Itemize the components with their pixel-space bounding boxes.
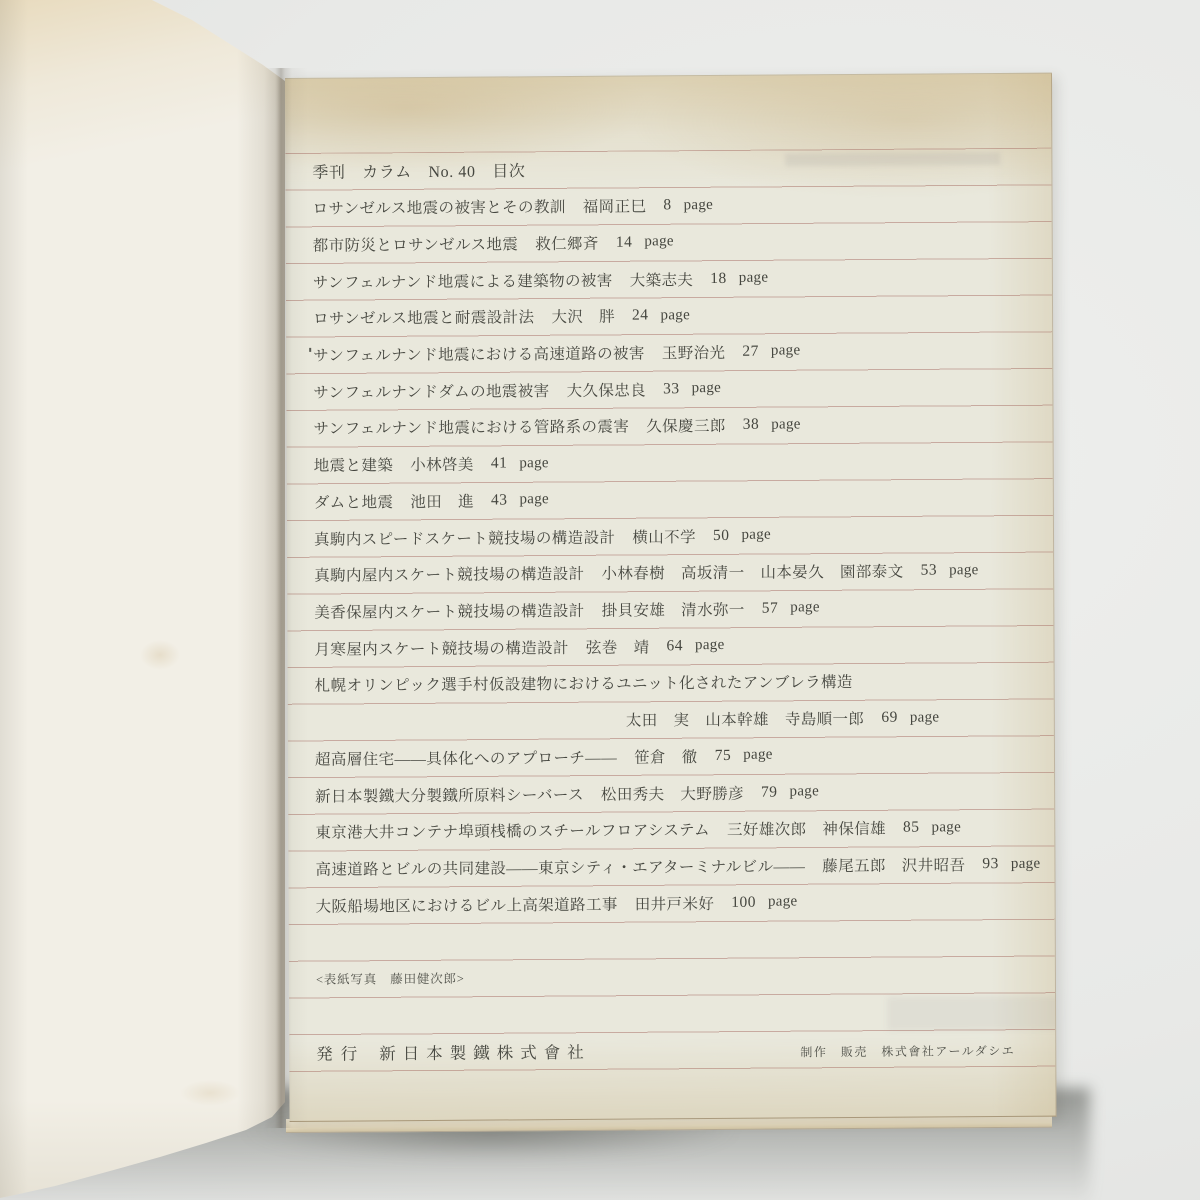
toc-title: 季刊 カラム No. 40 目次 xyxy=(312,158,525,182)
toc-row: 東京港大井コンテナ埠頭桟橋のスチールフロアシステム 三好雄次郎 神保信雄 85 … xyxy=(288,809,1048,851)
toc-entry-authors: 大久保忠良 xyxy=(567,378,647,401)
toc-entry-page-number: 53 xyxy=(921,562,938,580)
toc-entry-page-label: page xyxy=(790,600,820,617)
toc-entry-page-label: page xyxy=(789,783,819,800)
toc-entry-page-label: page xyxy=(931,819,961,836)
toc-entry-page-label: page xyxy=(741,527,771,544)
cover-photo-credit: <表紙写真 藤田健次郎> xyxy=(289,955,1049,997)
toc-row: ロサンゼルス地震と耐震設計法 大沢 胖 24 page xyxy=(286,295,1046,337)
toc-entry-page-number: 93 xyxy=(982,855,999,873)
toc-row: 高速道路とビルの共同建設——東京シティ・エアターミナルビル—— 藤尾五郎 沢井昭… xyxy=(288,845,1048,887)
toc-row: 真駒内スピードスケート競技場の構造設計 横山不学 50 page xyxy=(287,515,1047,557)
toc-entry-title: ロサンゼルス地震の被害とその教訓 xyxy=(313,195,566,219)
toc-entry-page-label: page xyxy=(771,343,801,360)
toc-entry-page-number: 75 xyxy=(715,747,732,765)
toc-entry-authors: 玉野治光 xyxy=(662,341,726,363)
toc-entry-page-label: page xyxy=(695,637,725,654)
toc-entry-authors: 笹倉 徹 xyxy=(634,745,698,767)
toc-entry-page-label: page xyxy=(739,270,769,287)
toc-entry-title: 月寒屋内スケート競技場の構造設計 xyxy=(314,636,569,660)
publisher-label: 発行 xyxy=(316,1040,365,1064)
toc-entry-title: 大阪船場地区におけるビル上高架道路工事 xyxy=(316,892,618,916)
toc-entry-title: ダムと地震 xyxy=(314,490,394,513)
toc-row: 月寒屋内スケート競技場の構造設計 弦巻 靖 64 page xyxy=(287,625,1047,667)
cover-credit-text: <表紙写真 藤田健次郎> xyxy=(316,969,465,988)
toc-entry-page-number: 24 xyxy=(632,307,649,325)
toc-entry-page-label: page xyxy=(910,709,940,726)
page-stain xyxy=(180,1080,240,1106)
toc-entry-title: 高速道路とビルの共同建設——東京シティ・エアターミナルビル—— xyxy=(315,854,805,879)
toc-row: 超高層住宅——具体化へのアプローチ—— 笹倉 徹 75 page xyxy=(288,735,1048,777)
toc-entry-authors: 久保慶三郎 xyxy=(646,414,726,437)
left-page-blank xyxy=(0,0,285,1200)
toc-entry-page-number: 100 xyxy=(731,893,756,911)
toc-entry-page-label: page xyxy=(1011,855,1041,872)
toc-entry-page-label: page xyxy=(644,234,674,251)
producer-credit: 制作 販売 株式會社アールダシエ xyxy=(800,1042,1015,1060)
toc-row: 大阪船場地区におけるビル上高架道路工事 田井戸米好 100 page xyxy=(289,882,1049,924)
toc-entry-title: サンフェルナンド地震による建築物の被害 xyxy=(313,268,613,292)
toc-entry-title: 地震と建築 xyxy=(314,453,394,476)
toc-entry-page-label: page xyxy=(684,197,714,214)
toc-entry-page-number: 41 xyxy=(491,455,508,473)
toc-row: 地震と建築 小林啓美 41 page xyxy=(287,441,1047,483)
toc-entry-page-number: 64 xyxy=(666,637,683,655)
toc-entry-page-number: 79 xyxy=(761,783,778,801)
toc-row: サンフェルナンドダムの地震被害 大久保忠良 33 page xyxy=(286,368,1046,410)
ink-bleed-smudge xyxy=(887,996,1057,1031)
toc-entry-title: 札幌オリンピック選手村仮設建物におけるユニット化されたアンブレラ構造 xyxy=(315,670,853,696)
toc-entry-page-label: page xyxy=(768,894,798,911)
toc-entry-authors: 小林啓美 xyxy=(410,453,474,475)
toc-entry-page-number: 50 xyxy=(713,526,730,544)
toc-entry-authors: 横山不学 xyxy=(632,525,696,547)
toc-entry-authors: 大沢 胖 xyxy=(551,305,615,327)
toc-entry-authors: 救仁郷斉 xyxy=(535,232,599,254)
toc-entry-page-label: page xyxy=(949,562,979,579)
toc-entry-title: 真駒内スピードスケート競技場の構造設計 xyxy=(314,525,615,549)
toc-entry-authors: 掛貝安雄 清水弥一 xyxy=(602,598,745,621)
toc-entry-title: 美香保屋内スケート競技場の構造設計 xyxy=(314,599,584,623)
toc-entry-title: 都市防災とロサンゼルス地震 xyxy=(313,232,519,255)
colophon-row: 発行 新日本製鐵株式會社 制作 販売 株式會社アールダシエ xyxy=(289,1029,1049,1071)
toc-row: サンフェルナンド地震における管路系の震害 久保慶三郎 38 page xyxy=(286,405,1046,447)
toc-entry-page-number: 33 xyxy=(663,380,680,398)
toc-entry-page-label: page xyxy=(519,491,549,508)
page-stain xyxy=(140,640,180,670)
toc-row: ロサンゼルス地震の被害とその教訓 福岡正巳 8 page xyxy=(285,184,1045,226)
toc-row: サンフェルナンド地震における高速道路の被害 玉野治光 27 page xyxy=(286,331,1046,373)
toc-entry-authors: 藤尾五郎 沢井昭吾 xyxy=(822,853,965,876)
toc-entry-page-number: 85 xyxy=(903,819,920,837)
toc-entry-page-number: 18 xyxy=(710,269,727,287)
toc-row: サンフェルナンド地震による建築物の被害 大築志夫 18 page xyxy=(286,258,1046,300)
toc-entry-page-number: 8 xyxy=(663,196,671,214)
toc-entry-page-number: 43 xyxy=(491,491,508,509)
toc-row: 札幌オリンピック選手村仮設建物におけるユニット化されたアンブレラ構造 xyxy=(288,662,1048,704)
toc-entry-page-label: page xyxy=(692,380,722,397)
toc-entry-title: サンフェルナンド地震における管路系の震害 xyxy=(313,415,629,439)
toc-entry-authors: 福岡正巳 xyxy=(583,195,647,217)
toc-entry-authors: 小林春樹 高坂清一 山本晏久 園部泰文 xyxy=(601,560,903,584)
toc-entry-page-number: 38 xyxy=(743,416,760,434)
toc-entry-page-label: page xyxy=(660,307,690,324)
toc-entry-title: ロサンゼルス地震と耐震設計法 xyxy=(313,305,534,329)
toc-row-continuation: 太田 実 山本幹雄 寺島順一郎 69 page xyxy=(288,698,1048,740)
toc-entry-authors: 弦巻 靖 xyxy=(586,635,650,657)
toc-entry-authors: 三好雄次郎 神保信雄 xyxy=(727,817,886,840)
toc-entry-page-number: 14 xyxy=(616,233,633,251)
toc-header: 季刊 カラム No. 40 目次 xyxy=(285,148,1045,190)
toc-entry-title: 東京港大井コンテナ埠頭桟橋のスチールフロアシステム xyxy=(315,818,710,843)
toc-entry-authors: 松田秀夫 大野勝彦 xyxy=(601,781,744,804)
toc-entry-page-number: 27 xyxy=(742,343,759,361)
toc-row: 真駒内屋内スケート競技場の構造設計 小林春樹 高坂清一 山本晏久 園部泰文 53… xyxy=(287,552,1047,594)
publisher-name: 新日本製鐵株式會社 xyxy=(379,1038,591,1063)
toc-entry-page-label: page xyxy=(743,747,773,764)
toc-row: ダムと地震 池田 進 43 page xyxy=(287,478,1047,520)
table-of-contents-page: 季刊 カラム No. 40 目次 ロサンゼルス地震の被害とその教訓 福岡正巳 8… xyxy=(285,73,1057,1122)
toc-row: 都市防災とロサンゼルス地震 救仁郷斉 14 page xyxy=(286,221,1046,263)
book-photo-backdrop: 季刊 カラム No. 40 目次 ロサンゼルス地震の被害とその教訓 福岡正巳 8… xyxy=(0,0,1200,1200)
toc-entry-title: サンフェルナンド地震における高速道路の被害 xyxy=(313,341,645,365)
toc-entry-title: 超高層住宅——具体化へのアプローチ—— xyxy=(315,746,617,770)
toc-entry-title: 真駒内屋内スケート競技場の構造設計 xyxy=(314,562,584,586)
toc-entry-page-number: 69 xyxy=(881,709,898,727)
toc-entry-authors: 田井戸米好 xyxy=(635,892,715,915)
toc-row: 美香保屋内スケート競技場の構造設計 掛貝安雄 清水弥一 57 page xyxy=(287,588,1047,630)
toc-entry-authors: 大築志夫 xyxy=(630,268,694,290)
toc-entry-page-label: page xyxy=(771,416,801,433)
toc-entry-title: サンフェルナンドダムの地震被害 xyxy=(313,379,549,403)
toc-entry-title: 新日本製鐵大分製鐵所原料シーバース xyxy=(315,783,584,807)
toc-row: 新日本製鐵大分製鐵所原料シーバース 松田秀夫 大野勝彦 79 page xyxy=(288,772,1048,814)
toc-entry-authors: 太田 実 山本幹雄 寺島順一郎 xyxy=(626,707,865,731)
toc-entry-page-label: page xyxy=(519,455,549,472)
toc-entry-authors: 池田 進 xyxy=(410,490,474,512)
toc-entry-page-number: 57 xyxy=(762,600,779,618)
